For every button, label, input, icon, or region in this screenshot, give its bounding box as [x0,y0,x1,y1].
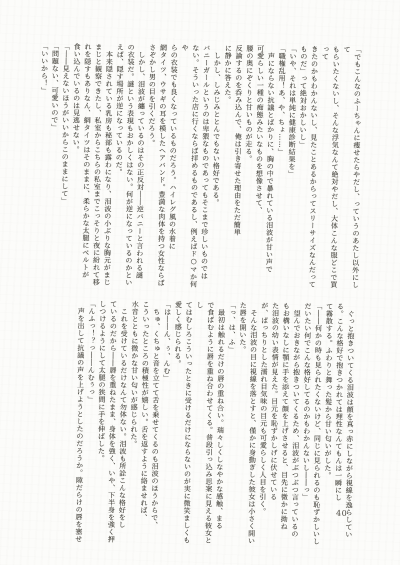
scan-skew-wrapper: 「でもこんなのふーちゃんに痩せたらやだし、っていうのあたし以外にして もらいたく… [0,0,400,565]
scanned-book-page: 「でもこんなのふーちゃんに痩せたらやだし、っていうのあたし以外にして もらいたく… [0,0,400,565]
text-line: もらいたくないし、そんな浮気なんて絶対やだし、大体こんな服どこで買って [317,46,341,294]
text-line: ない。そういった店に行くならば拝めるものであるし、例えばド○マか何や [177,44,201,292]
text-line: で食ばむように唇を重ね合わせてくる。普段引っ込み思案に見える彼女とし [192,301,216,546]
page-number: 40 [336,509,347,518]
text-line: 「でもこんなのふーちゃんに痩せたらやだし、っていうのあたし以外にして [339,46,363,294]
text-block-upper: 「でもこんなのふーちゃんに痩せたらやだし、っていうのあたし以外にして もらいたく… [47,43,363,294]
text-block-lower: ぐっと抱きついてくる泪波は顔を真っ赤にしながら視線を逸らしてい る。こんな格好で… [49,300,357,548]
